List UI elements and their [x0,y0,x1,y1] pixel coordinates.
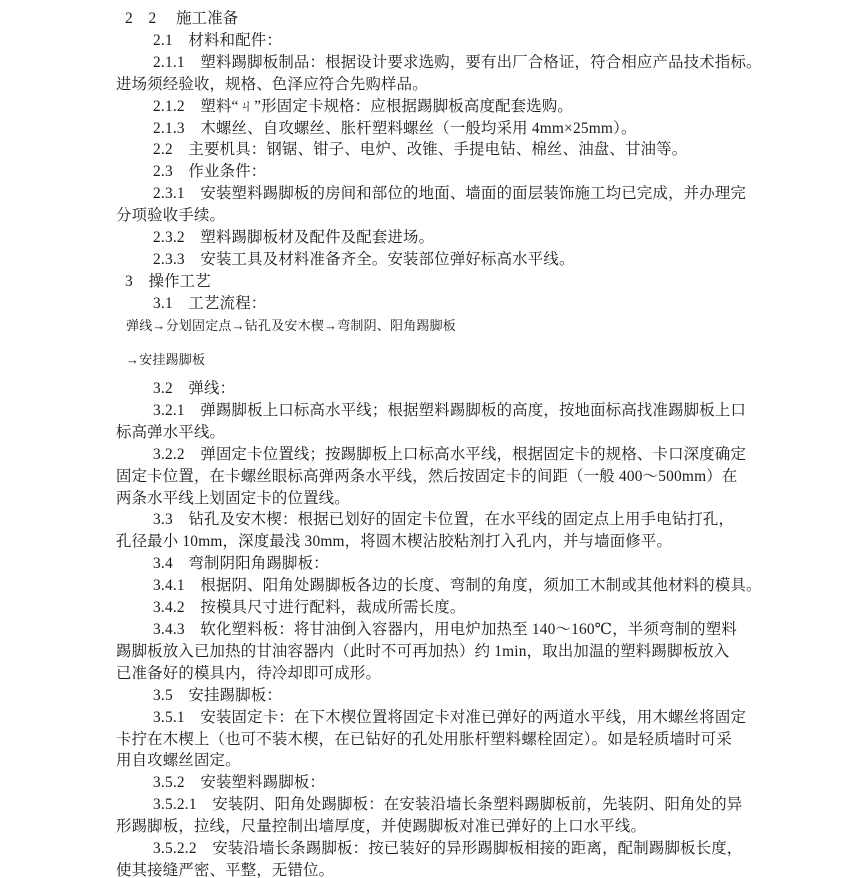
clause-3-5-2-2-cont: 使其接缝严密、平整，无错位。 [116,860,741,878]
clause-3-5-2-1-cont: 形踢脚板，拉线，尺量控制出墙厚度，并使踢脚板对准已弹好的上口水平线。 [116,816,741,838]
clause-3-4: 3.4 弯制阴阳角踢脚板： [116,553,741,575]
clause-3-5-1-cont-2: 用自攻螺丝固定。 [116,750,741,772]
clause-3-2: 3.2 弹线： [116,378,741,400]
clause-2-1-1: 2.1.1 塑料踢脚板制品：根据设计要求选购，要有出厂合格证，符合相应产品技术指… [116,52,741,74]
clause-2-1-3: 2.1.3 木螺丝、自攻螺丝、胀杆塑料螺丝（一般均采用 4mm×25mm）。 [116,118,741,140]
clause-3-5-2-2: 3.5.2.2 安装沿墙长条踢脚板：按已装好的异形踢脚板相接的距离，配制踢脚板长… [116,838,741,860]
clause-2-1-2: 2.1.2 塑料“ㄐ”形固定卡规格：应根据踢脚板高度配套选购。 [116,96,741,118]
clause-3-3-cont: 孔径最小 10mm，深度最浅 30mm，将圆木楔沾胶粘剂打入孔内，并与墙面修平。 [116,531,741,553]
document-page: 2 2 施工准备 2.1 材料和配件： 2.1.1 塑料踢脚板制品：根据设计要求… [0,0,841,878]
section-heading-construction-prep: 2 2 施工准备 [116,8,741,30]
clause-2-1-1-cont: 进场须经验收，规格、色泽应符合先购样品。 [116,74,741,96]
clause-3-5-2-1: 3.5.2.1 安装阴、阳角处踢脚板：在安装沿墙长条塑料踢脚板前，先装阴、阳角处… [116,794,741,816]
clause-3-2-2: 3.2.2 弹固定卡位置线；按踢脚板上口标高水平线，根据固定卡的规格、卡口深度确… [116,444,741,466]
process-flow-line-1: 弹线→分划固定点→钻孔及安木楔→弯制阴、阳角踢脚板 [116,315,741,337]
section-2-1-heading: 2.1 材料和配件： [116,30,741,52]
clause-3-5-2: 3.5.2 安装塑料踢脚板： [116,772,741,794]
clause-2-3-3: 2.3.3 安装工具及材料准备齐全。安装部位弹好标高水平线。 [116,249,741,271]
document-text-block: 2 2 施工准备 2.1 材料和配件： 2.1.1 塑料踢脚板制品：根据设计要求… [116,8,741,878]
process-flow-line-2: →安挂踢脚板 [116,349,741,371]
clause-2-3: 2.3 作业条件： [116,161,741,183]
clause-3-5-1: 3.5.1 安装固定卡：在下木楔位置将固定卡对准已弹好的两道水平线，用木螺丝将固… [116,707,741,729]
clause-3-2-2-cont-2: 两条水平线上划固定卡的位置线。 [116,488,741,510]
clause-3-3: 3.3 钻孔及安木楔：根据已划好的固定卡位置，在水平线的固定点上用手电钻打孔， [116,509,741,531]
clause-3-4-3-cont-1: 踢脚板放入已加热的甘油容器内（此时不可再加热）约 1min，取出加温的塑料踢脚板… [116,641,741,663]
clause-3-4-3: 3.4.3 软化塑料板：将甘油倒入容器内，用电炉加热至 140～160℃，半须弯… [116,619,741,641]
section-heading-operation-process: 3 操作工艺 [116,271,741,293]
clause-3-4-1: 3.4.1 根据阴、阳角处踢脚板各边的长度、弯制的角度，须加工木制或其他材料的模… [116,575,741,597]
clause-2-3-1-cont: 分项验收手续。 [116,205,741,227]
clause-2-3-2: 2.3.2 塑料踢脚板材及配件及配套进场。 [116,227,741,249]
clause-3-4-3-cont-2: 已准备好的模具内，待冷却即可成形。 [116,663,741,685]
clause-3-2-1-cont: 标高弹水平线。 [116,422,741,444]
clause-3-2-1: 3.2.1 弹踢脚板上口标高水平线；根据塑料踢脚板的高度，按地面标高找准踢脚板上… [116,400,741,422]
clause-3-5: 3.5 安挂踢脚板： [116,685,741,707]
clause-3-2-2-cont-1: 固定卡位置，在卡螺丝眼标高弹两条水平线，然后按固定卡的间距（一般 400～500… [116,466,741,488]
clause-3-4-2: 3.4.2 按模具尺寸进行配料，裁成所需长度。 [116,597,741,619]
clause-2-2: 2.2 主要机具：钢锯、钳子、电炉、改锥、手提电钻、棉丝、油盘、甘油等。 [116,139,741,161]
clause-3-5-1-cont-1: 卡拧在木楔上（也可不装木楔，在已钻好的孔处用胀杆塑料螺栓固定）。如是轻质墙时可采 [116,729,741,751]
clause-3-1: 3.1 工艺流程： [116,293,741,315]
clause-2-3-1: 2.3.1 安装塑料踢脚板的房间和部位的地面、墙面的面层装饰施工均已完成，并办理… [116,183,741,205]
